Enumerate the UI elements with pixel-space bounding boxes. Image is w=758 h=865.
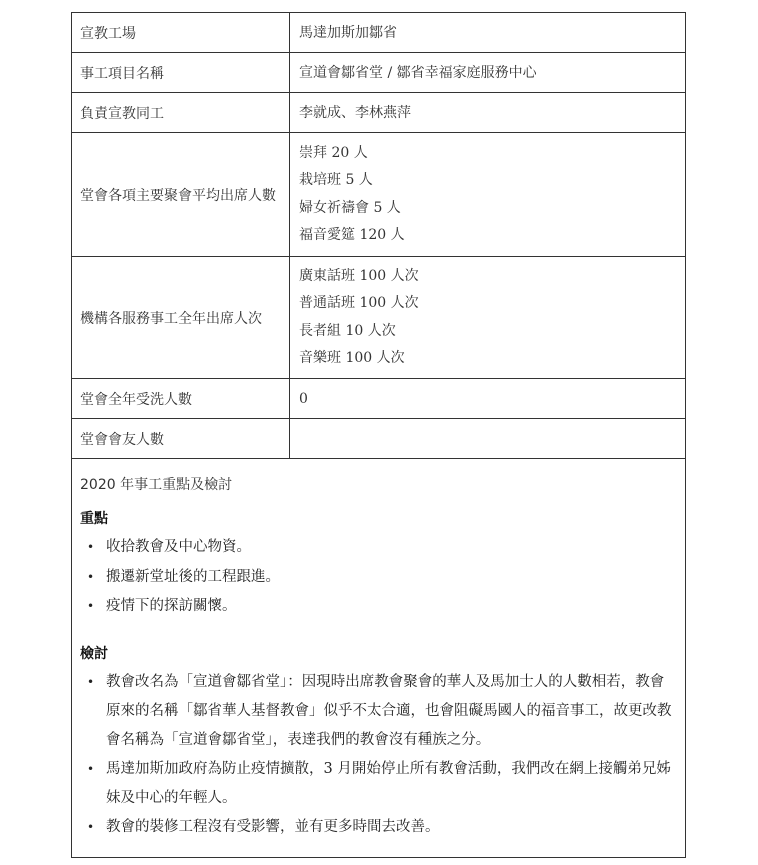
service-item: 普通話班 100 人次 [299, 290, 685, 318]
list-item: •教會的裝修工程沒有受影響，並有更多時間去改善。 [80, 813, 677, 842]
row-mission-field: 宣教工場 馬達加斯加鄒省 [72, 13, 685, 53]
value-members [290, 419, 685, 458]
value-avg-attendance: 崇拜 20 人 栽培班 5 人 婦女祈禱會 5 人 福音愛筵 120 人 [290, 133, 685, 256]
row-project-name: 事工項目名稱 宣道會鄒省堂 / 鄒省幸福家庭服務中心 [72, 53, 685, 93]
label-avg-attendance: 堂會各項主要聚會平均出席人數 [72, 133, 290, 256]
bullet-icon: • [87, 592, 94, 622]
attendance-item: 婦女祈禱會 5 人 [299, 195, 685, 223]
value-service-attendance: 廣東話班 100 人次 普通話班 100 人次 長者組 10 人次 音樂班 10… [290, 257, 685, 378]
bullet-icon: • [87, 755, 94, 784]
highlights-heading: 重點 [80, 505, 677, 533]
bullet-icon: • [87, 668, 94, 697]
service-item: 廣東話班 100 人次 [299, 263, 685, 291]
bullet-icon: • [87, 813, 94, 842]
review-title: 2020 年事工重點及檢討 [80, 471, 677, 499]
row-missionaries: 負責宣教同工 李就成、李林燕萍 [72, 93, 685, 133]
review-section: 2020 年事工重點及檢討 重點 •收拾教會及中心物資。 •搬遷新堂址後的工程跟… [72, 459, 685, 857]
list-item: •收拾教會及中心物資。 [80, 533, 677, 563]
attendance-item: 栽培班 5 人 [299, 167, 685, 195]
label-members: 堂會會友人數 [72, 419, 290, 458]
row-avg-attendance: 堂會各項主要聚會平均出席人數 崇拜 20 人 栽培班 5 人 婦女祈禱會 5 人… [72, 133, 685, 257]
bullet-icon: • [87, 563, 94, 593]
attendance-item: 崇拜 20 人 [299, 140, 685, 168]
highlights-list: •收拾教會及中心物資。 •搬遷新堂址後的工程跟進。 •疫情下的探訪關懷。 [80, 533, 677, 622]
evaluation-heading: 檢討 [80, 640, 677, 668]
list-item: •馬達加斯加政府為防止疫情擴散，3 月開始停止所有教會活動，我們改在網上接觸弟兄… [80, 755, 677, 813]
label-mission-field: 宣教工場 [72, 13, 290, 52]
label-service-attendance: 機構各服務事工全年出席人次 [72, 257, 290, 378]
evaluation-list: •教會改名為「宣道會鄒省堂」：因現時出席教會聚會的華人及馬加士人的人數相若，教會… [80, 668, 677, 842]
attendance-item: 福音愛筵 120 人 [299, 222, 685, 250]
row-baptisms: 堂會全年受洗人數 0 [72, 379, 685, 419]
label-project-name: 事工項目名稱 [72, 53, 290, 92]
value-baptisms: 0 [290, 379, 685, 418]
service-item: 長者組 10 人次 [299, 318, 685, 346]
service-item: 音樂班 100 人次 [299, 345, 685, 373]
list-item: •疫情下的探訪關懷。 [80, 592, 677, 622]
list-item: •搬遷新堂址後的工程跟進。 [80, 563, 677, 593]
value-project-name: 宣道會鄒省堂 / 鄒省幸福家庭服務中心 [290, 53, 685, 92]
list-item: •教會改名為「宣道會鄒省堂」：因現時出席教會聚會的華人及馬加士人的人數相若，教會… [80, 668, 677, 755]
bullet-icon: • [87, 533, 94, 563]
ministry-report-table: 宣教工場 馬達加斯加鄒省 事工項目名稱 宣道會鄒省堂 / 鄒省幸福家庭服務中心 … [71, 12, 686, 858]
label-baptisms: 堂會全年受洗人數 [72, 379, 290, 418]
value-mission-field: 馬達加斯加鄒省 [290, 13, 685, 52]
value-missionaries: 李就成、李林燕萍 [290, 93, 685, 132]
row-service-attendance: 機構各服務事工全年出席人次 廣東話班 100 人次 普通話班 100 人次 長者… [72, 257, 685, 379]
label-missionaries: 負責宣教同工 [72, 93, 290, 132]
row-members: 堂會會友人數 [72, 419, 685, 459]
